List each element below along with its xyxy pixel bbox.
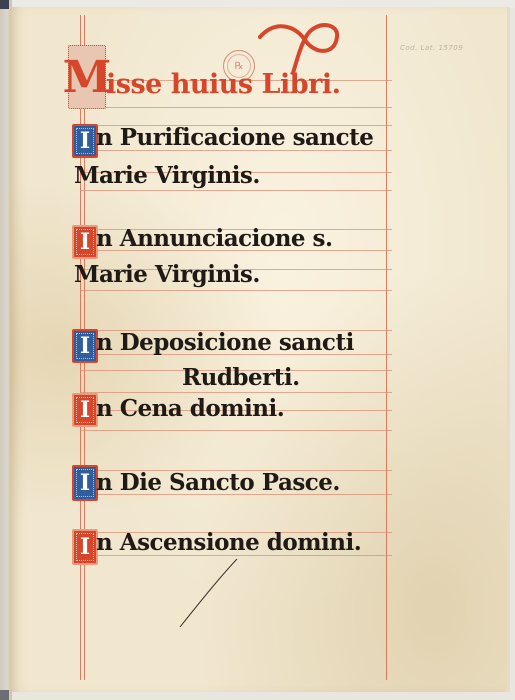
entry-line: Marie Virginis. [74, 261, 260, 288]
ruling-line [80, 107, 392, 108]
entry-initial: I [72, 529, 98, 565]
entry-line: Marie Virginis. [74, 162, 260, 189]
manuscript-leaf: Cod. Lat. 15709 ℞ M isse huius Libri. I … [10, 7, 510, 692]
binding-corner-bottom [0, 690, 9, 700]
initial-filigree [76, 533, 94, 561]
initial-filigree [76, 397, 94, 423]
shelfmark: Cod. Lat. 15709 [400, 44, 463, 52]
entry-line: Rudberti. [182, 364, 300, 391]
initial-filigree [76, 469, 94, 497]
ruling-line [80, 430, 392, 431]
entry-initial: I [72, 124, 98, 158]
entry-line: n Deposicione sancti [96, 329, 354, 356]
entry-line: n Cena domini. [96, 395, 284, 422]
title-initial-m: M [68, 45, 106, 109]
initial-filigree [76, 229, 94, 255]
entry-line: n Ascensione domini. [96, 529, 361, 556]
entry-initial: I [72, 329, 98, 363]
entry-initial: I [72, 393, 98, 427]
ruling-line [80, 290, 392, 291]
ruling-line [80, 190, 392, 191]
ruling-right [386, 15, 387, 680]
entry-line: n Annunciacione s. [96, 225, 333, 252]
initial-letter: M [63, 52, 112, 103]
entry-initial: I [72, 465, 98, 501]
ruling-line [80, 392, 392, 393]
entry-initial: I [72, 225, 98, 259]
leaf-edge [507, 7, 510, 692]
initial-filigree [76, 333, 94, 359]
binding-corner-top [0, 0, 9, 9]
descender-stroke-icon [175, 557, 240, 629]
initial-filigree [76, 128, 94, 154]
title-text: isse huius Libri. [106, 69, 341, 100]
entry-line: n Die Sancto Pasce. [96, 469, 340, 496]
title-flourish-icon [255, 15, 345, 75]
entry-line: n Purificacione sancte [96, 124, 373, 151]
